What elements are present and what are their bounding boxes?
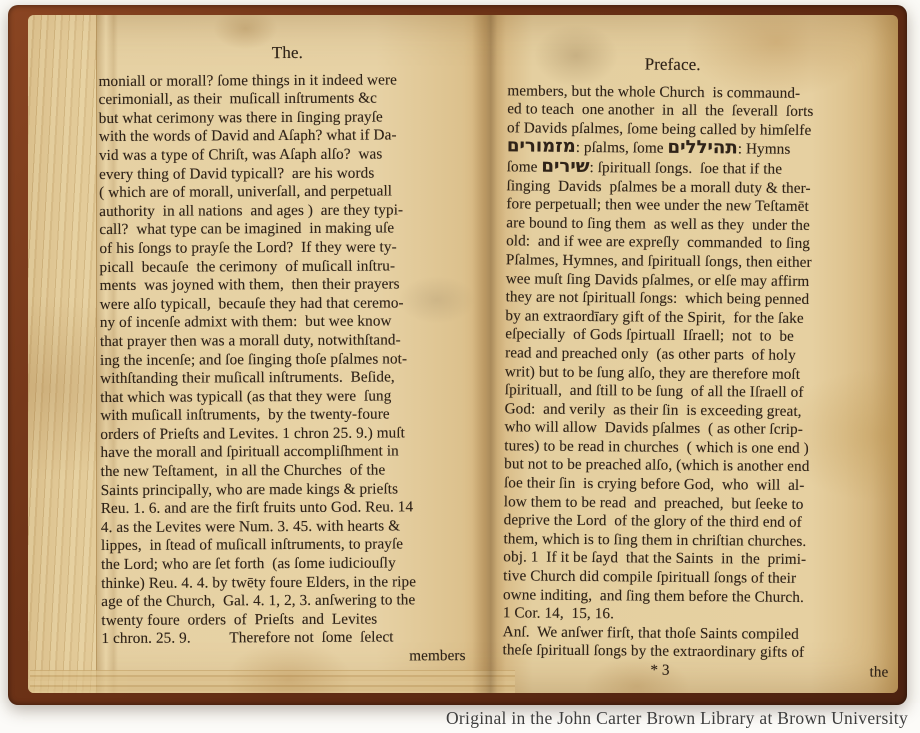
right-page-text-closing: : ſpirituall ſongs. ſoe that if the ſing… xyxy=(502,159,811,661)
page-stack-edges-left xyxy=(28,15,97,693)
hebrew-word-psalms: מזמורים xyxy=(507,136,576,158)
photograph: The. moniall or morall? ſome things in i… xyxy=(0,0,920,733)
right-page-header: Preface. xyxy=(508,54,838,75)
left-page-text: moniall or morall? ſome things in it ind… xyxy=(99,71,480,649)
left-page: The. moniall or morall? ſome things in i… xyxy=(98,43,479,668)
signature-line: * 3 the xyxy=(502,660,892,682)
right-page: Preface. members, but the whole Church i… xyxy=(502,54,897,682)
hebrew-word-hymns: תהיללים xyxy=(667,137,737,159)
open-book: The. moniall or morall? ſome things in i… xyxy=(8,5,907,705)
left-page-catchword: members xyxy=(102,647,480,668)
hebrew-word-songs: שירים xyxy=(541,156,589,177)
signature-mark: * 3 xyxy=(650,662,669,681)
book-spread: The. moniall or morall? ſome things in i… xyxy=(28,15,898,693)
right-page-text-mid-1: : pſalms, ſome xyxy=(576,139,668,157)
right-page-text: members, but the whole Church is commaun… xyxy=(502,82,897,664)
right-page-text-opening: members, but the whole Church is commaun… xyxy=(507,82,813,139)
left-page-header: The. xyxy=(98,43,476,64)
photo-caption: Original in the John Carter Brown Librar… xyxy=(446,708,908,729)
right-page-catchword: the xyxy=(869,663,888,682)
page-stack-edges-bottom xyxy=(30,670,515,693)
